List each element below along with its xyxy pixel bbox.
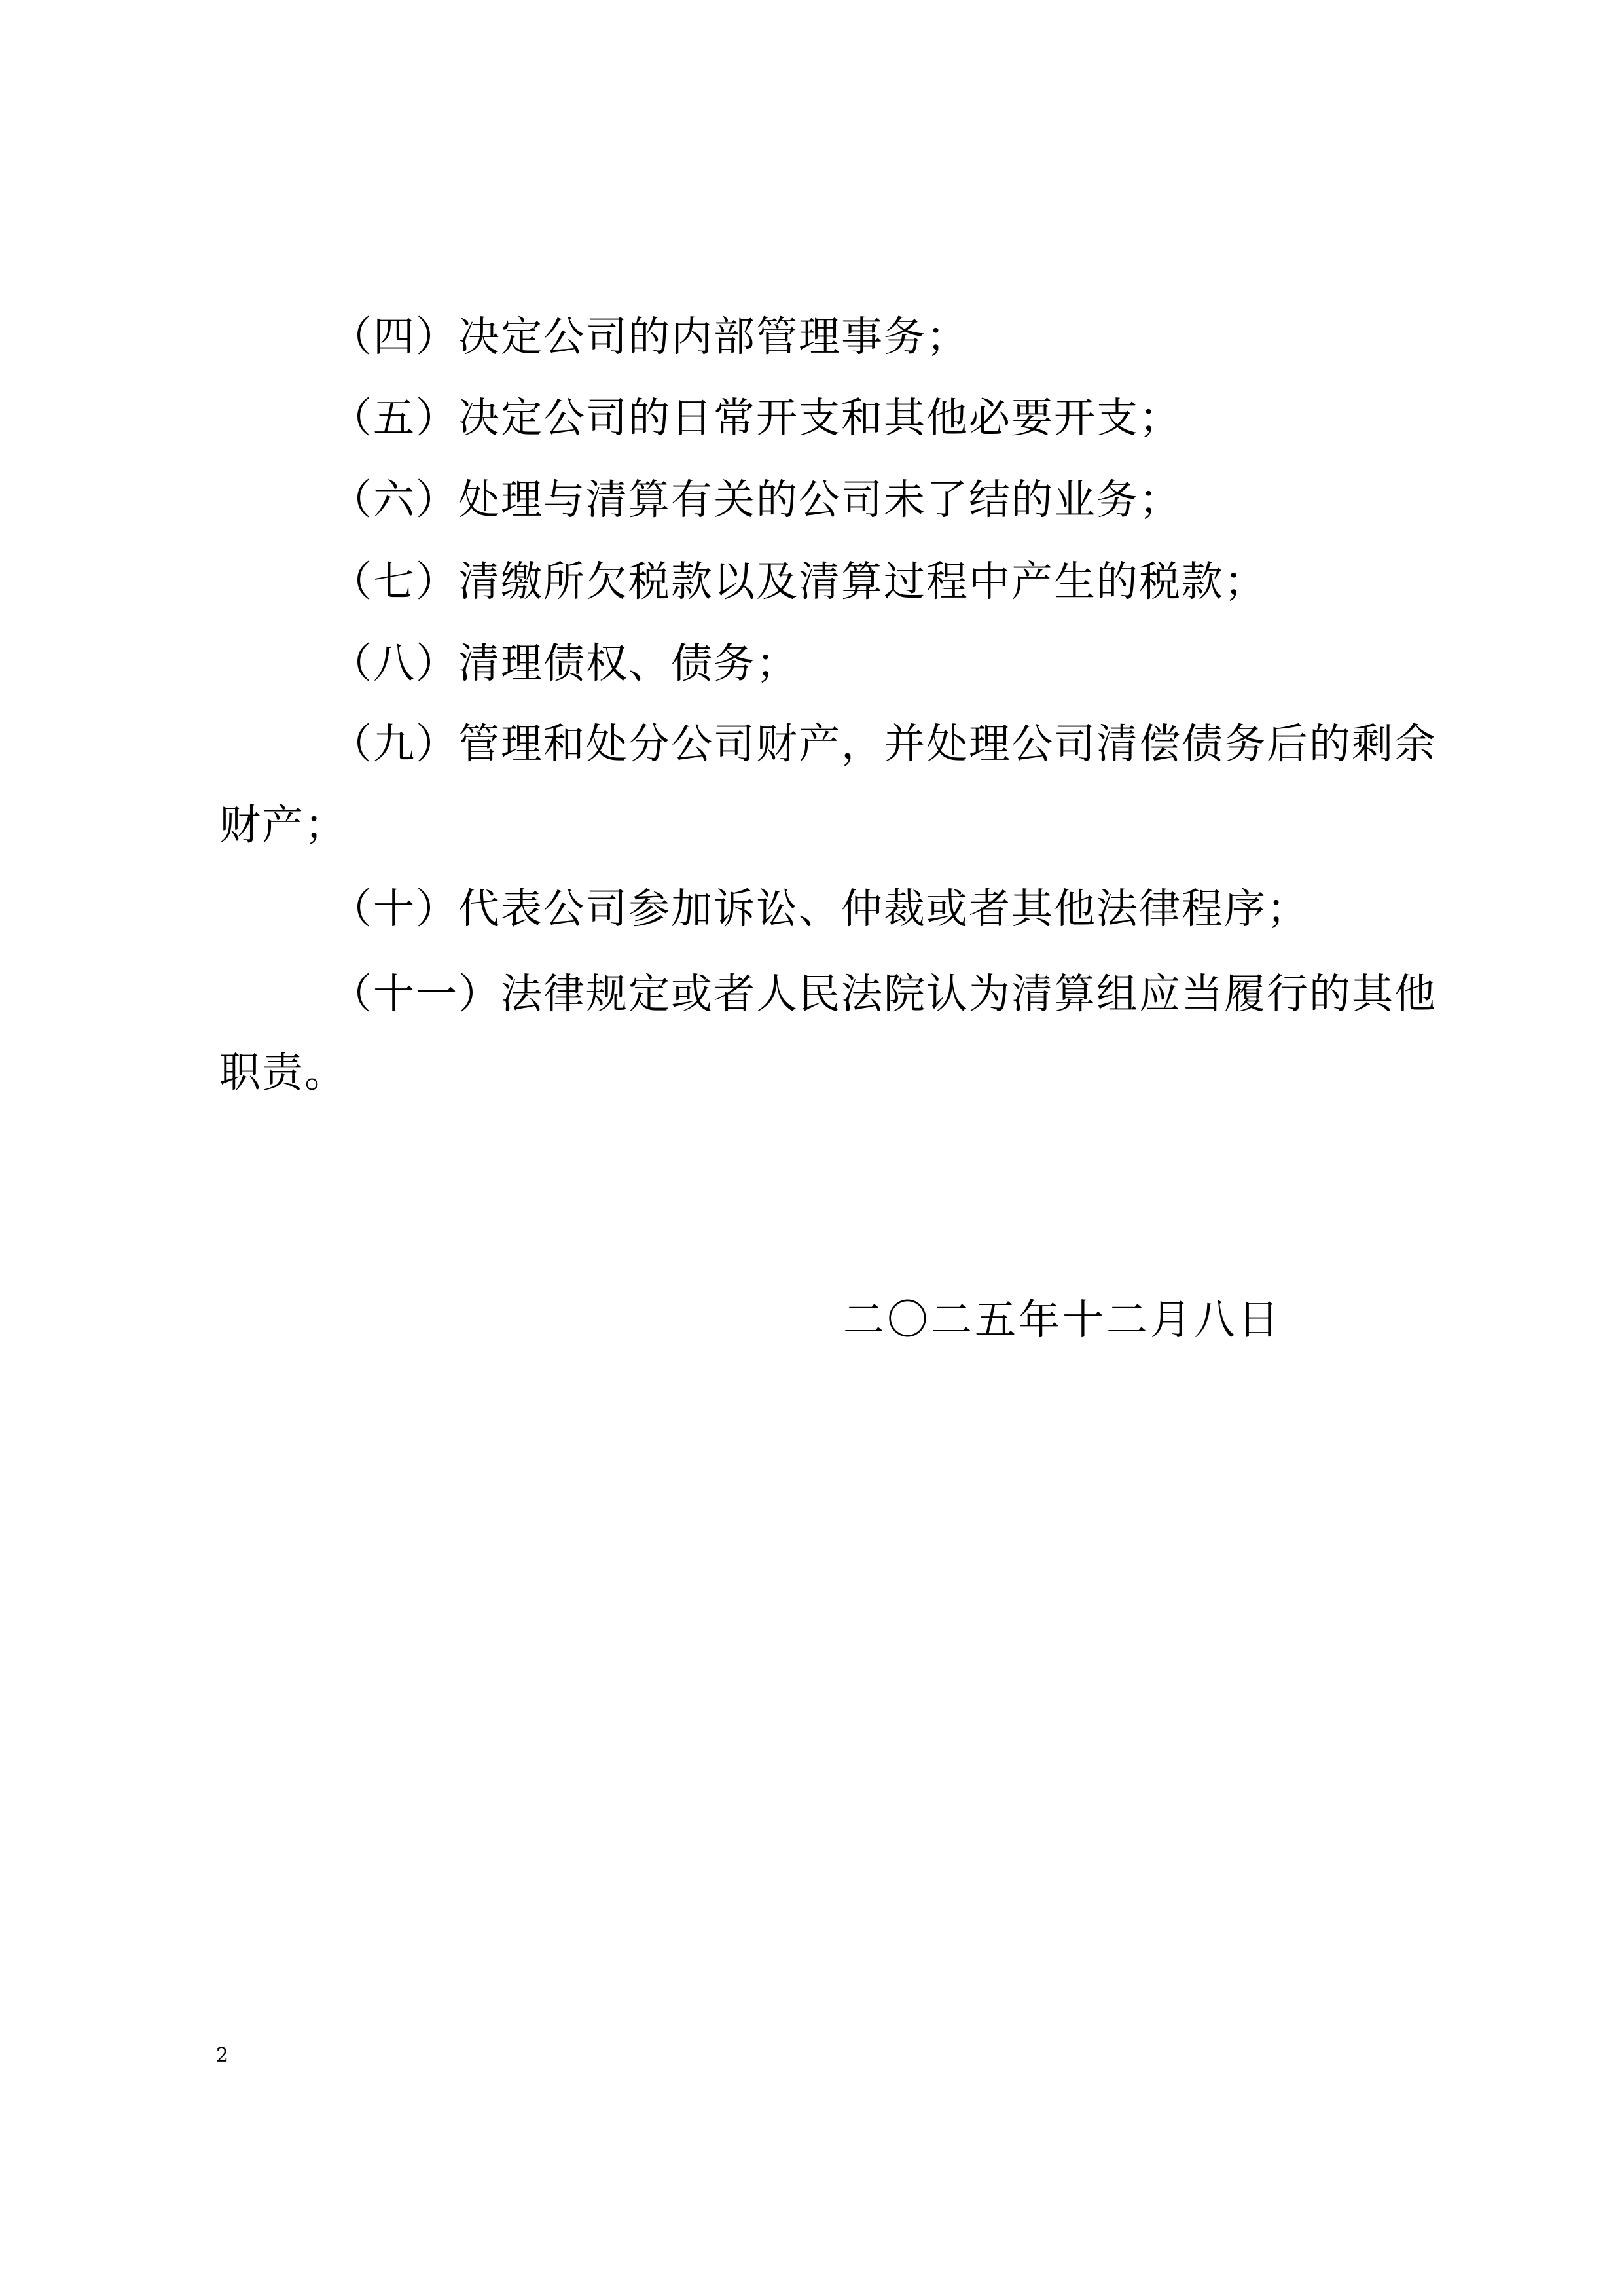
list-item-5: （五）决定公司的日常开支和其他必要开支；	[331, 395, 1424, 441]
document-page: （四）决定公司的内部管理事务； （五）决定公司的日常开支和其他必要开支； （六）…	[0, 0, 1624, 2296]
list-item-9-line-1: （九）管理和处分公司财产，并处理公司清偿债务后的剩余	[331, 721, 1424, 767]
list-item-10: （十）代表公司参加诉讼、仲裁或者其他法律程序；	[331, 886, 1424, 932]
list-item-11-line-1: （十一）法律规定或者人民法院认为清算组应当履行的其他	[331, 971, 1424, 1017]
list-item-7: （七）清缴所欠税款以及清算过程中产生的税款；	[331, 559, 1424, 605]
list-item-4: （四）决定公司的内部管理事务；	[331, 314, 1424, 360]
list-item-9-line-2: 财产；	[219, 802, 1424, 848]
list-item-8: （八）清理债权、债务；	[331, 641, 1424, 687]
document-date: 二〇二五年十二月八日	[843, 1297, 1282, 1343]
list-item-11-line-2: 职责。	[219, 1050, 1424, 1096]
list-item-6: （六）处理与清算有关的公司未了结的业务；	[331, 477, 1424, 523]
page-number: 2	[216, 2045, 228, 2067]
